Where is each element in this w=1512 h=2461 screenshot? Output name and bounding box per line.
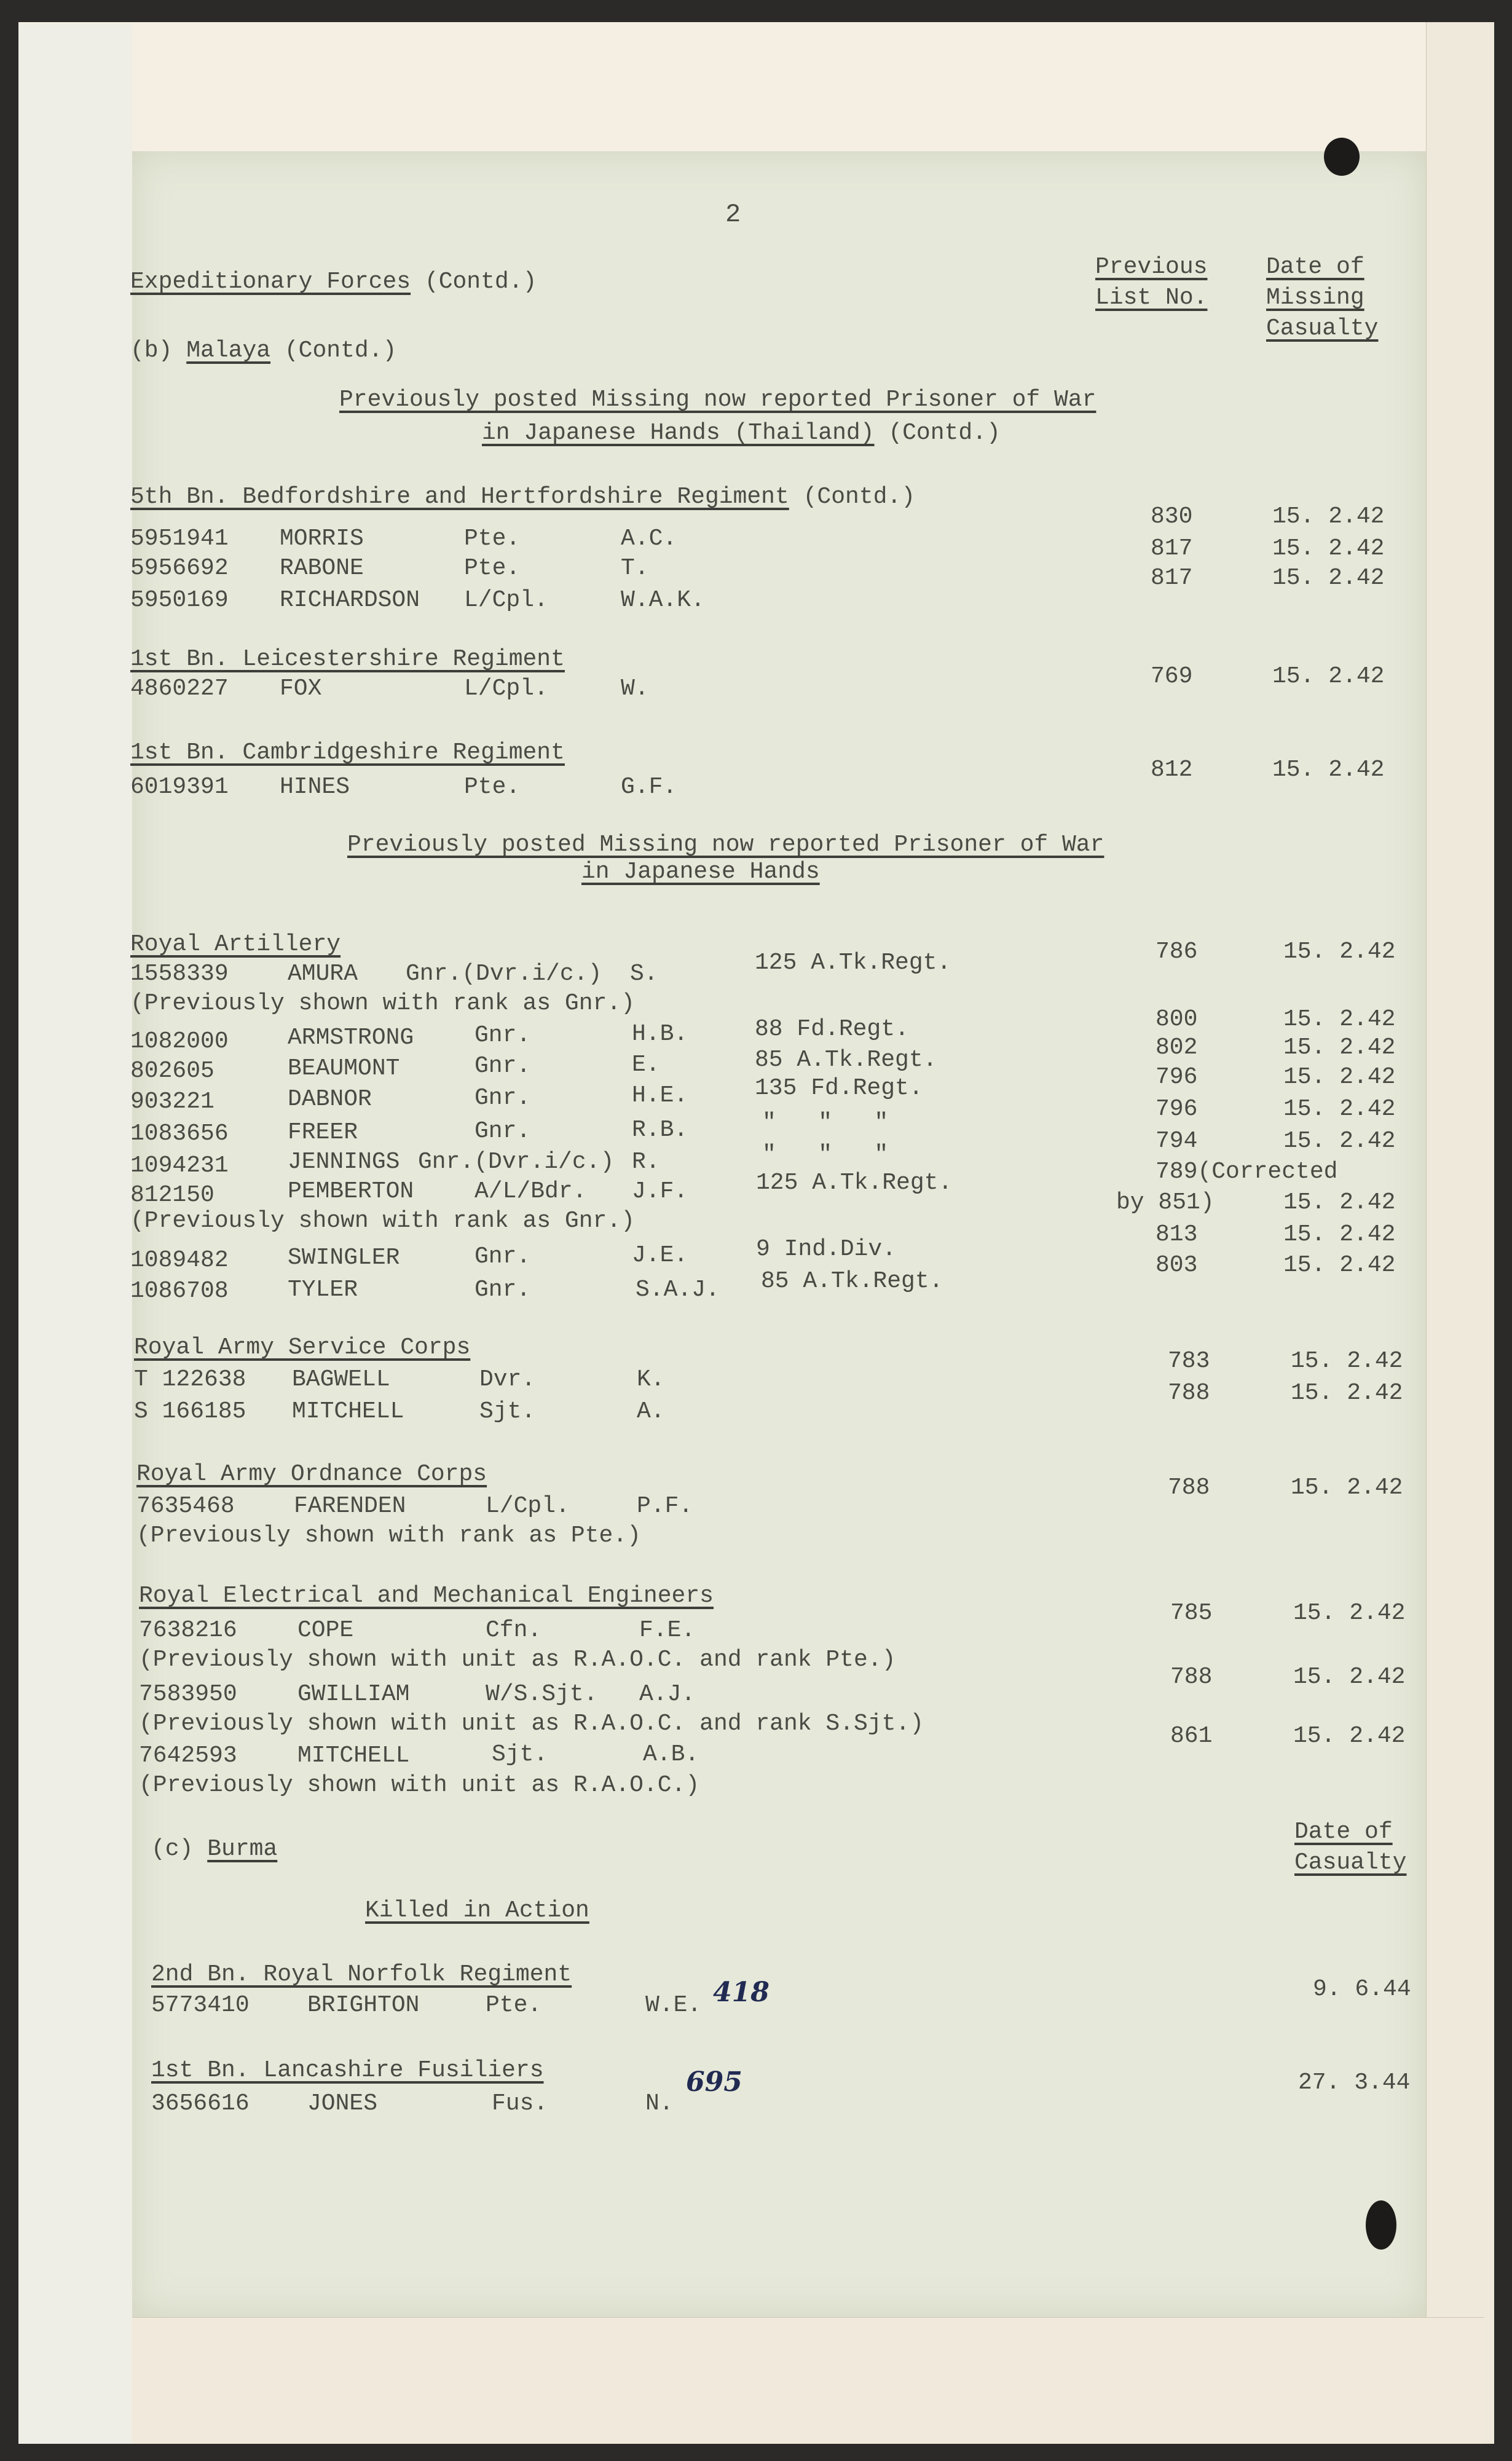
cell-initials: E. — [632, 1053, 660, 1077]
cell-date: 15. 2.42 — [1283, 940, 1395, 964]
note-row: (Previously shown with unit as R.A.O.C. … — [139, 1712, 924, 1736]
cell-initials: J.F. — [632, 1180, 688, 1203]
cell-list: 802 — [1156, 1036, 1197, 1060]
cell-name: RABONE — [280, 557, 364, 580]
cell-no: 5951941 — [130, 527, 229, 551]
cell-subsection_prefix: (b) — [130, 337, 172, 364]
cell-no: 1094231 — [130, 1154, 229, 1178]
cell-list: 813 — [1156, 1223, 1197, 1246]
cell-initials: A. — [637, 1400, 665, 1423]
cell-subsection_suffix: (Contd.) — [285, 337, 396, 364]
cell-list: 786 — [1156, 940, 1197, 964]
cell-initials: S. — [630, 963, 658, 986]
cell-list: 861 — [1170, 1725, 1212, 1748]
cell-no: 903221 — [130, 1090, 215, 1114]
right-paper-strip — [1426, 22, 1494, 2444]
cell-title_line2: in Japanese Hands (Thailand) — [482, 420, 875, 446]
cell-list: 788 — [1168, 1382, 1210, 1405]
cell-date: 15. 2.42 — [1272, 758, 1384, 782]
cell-col_previous_list_2: List No. — [1095, 285, 1207, 311]
cell-name: RICHARDSON — [280, 589, 420, 612]
cell-list: 789(Corrected — [1156, 1160, 1337, 1184]
cell-unit: 85 A.Tk.Regt. — [755, 1049, 937, 1072]
cell-initials: G.F. — [621, 776, 677, 799]
cell-initials: N. — [645, 2092, 674, 2116]
cell-date: 15. 2.42 — [1272, 665, 1384, 688]
cell-name: AMURA — [288, 963, 358, 986]
block-title-japanese-hands-line1: Previously posted Missing now reported P… — [347, 833, 1104, 857]
unit-heading-cambridgeshire: 1st Bn. Cambridgeshire Regiment — [130, 741, 565, 765]
cell-initials: S.A.J. — [636, 1278, 720, 1302]
cell-rank: Pte. — [464, 527, 520, 551]
cell-rank: Pte. — [486, 1994, 541, 2017]
cell-list: 796 — [1156, 1098, 1197, 1121]
cell-name: DABNOR — [288, 1088, 372, 1111]
cell-title_line1: Previously posted Missing now reported P… — [347, 832, 1104, 858]
cell-initials: W.E. — [645, 1994, 701, 2017]
cell-list: 800 — [1156, 1008, 1197, 1031]
cell-no: 5956692 — [130, 557, 229, 580]
punch-hole-bottom — [1366, 2200, 1396, 2250]
cell-no: 812150 — [130, 1184, 215, 1207]
col-header-date-missing: Date ofMissingCasualty — [1266, 252, 1378, 344]
cell-initials: A.B. — [643, 1743, 699, 1766]
cell-rank: Cfn. — [486, 1619, 541, 1642]
cell-no: 3656616 — [151, 2092, 250, 2116]
cell-date: 15. 2.42 — [1283, 1036, 1395, 1060]
cell-title_suffix: (Contd.) — [888, 420, 1000, 446]
cell-name: 1st Bn. Cambridgeshire Regiment — [130, 739, 565, 766]
cell-name: FARENDEN — [294, 1495, 406, 1518]
cell-rank: L/Cpl. — [464, 677, 548, 701]
cell-name: Royal Army Ordnance Corps — [136, 1461, 487, 1487]
unit-heading-rasc: Royal Army Service Corps — [134, 1336, 470, 1360]
cell-rank: Gnr. — [474, 1245, 530, 1269]
cell-rank: Dvr. — [479, 1368, 535, 1392]
cell-list: 796 — [1156, 1066, 1197, 1089]
cell-initials: A.J. — [639, 1683, 695, 1706]
cell-rank: Sjt. — [479, 1400, 535, 1423]
punch-hole-top — [1324, 138, 1360, 176]
cell-name: Royal Army Service Corps — [134, 1334, 470, 1361]
cell-no: 4860227 — [130, 677, 229, 701]
handwritten-annotation: 695 — [686, 2066, 742, 2098]
cell-list: 788 — [1168, 1476, 1210, 1500]
block-title-killed-in-action: Killed in Action — [365, 1899, 589, 1923]
cell-date: 15. 2.42 — [1283, 1130, 1395, 1153]
cell-unit: 9 Ind.Div. — [756, 1238, 896, 1261]
col-header-date-casualty: Date ofCasualty — [1294, 1817, 1406, 1878]
cell-no: 7642593 — [139, 1744, 237, 1768]
cell-col_date_1: Date of — [1266, 254, 1364, 280]
cell-date: 15. 2.42 — [1283, 1191, 1395, 1215]
cell-list: 830 — [1151, 505, 1192, 529]
cell-date: 15. 2.42 — [1272, 505, 1384, 529]
col-header-previous-list: PreviousList No. — [1095, 252, 1207, 313]
cell-initials: J.E. — [632, 1244, 688, 1267]
cell-no: 5773410 — [151, 1994, 250, 2017]
cell-name: BAGWELL — [292, 1368, 390, 1392]
cell-name: SWINGLER — [288, 1246, 400, 1270]
cell-rank: W/S.Sjt. — [486, 1683, 597, 1706]
cell-date: 15. 2.42 — [1283, 1066, 1395, 1089]
cell-rank: Gnr. — [474, 1120, 530, 1143]
cell-no: T 122638 — [134, 1368, 246, 1392]
cell-no: 1082000 — [130, 1030, 229, 1053]
cell-name: PEMBERTON — [288, 1180, 414, 1203]
cell-date: 15. 2.42 — [1283, 1098, 1395, 1121]
cell-rank: Fus. — [492, 2092, 548, 2116]
cell-initials: H.E. — [632, 1084, 688, 1108]
cell-initials: K. — [637, 1368, 665, 1392]
cell-list: 817 — [1151, 537, 1192, 561]
cell-rank: Pte. — [464, 557, 520, 580]
cell-block_title: Killed in Action — [365, 1897, 589, 1924]
cell-no: 7638216 — [139, 1619, 237, 1642]
cell-list: 812 — [1151, 758, 1192, 782]
cell-list: 783 — [1168, 1350, 1210, 1373]
cell-list: 788 — [1170, 1666, 1212, 1689]
cell-date: 9. 6.44 — [1313, 1978, 1411, 2001]
cell-date: 15. 2.42 — [1291, 1382, 1403, 1405]
cell-rank: A/L/Bdr. — [474, 1180, 586, 1203]
cell-subsection: Malaya — [186, 337, 270, 364]
cell-initials: W. — [621, 677, 649, 701]
cell-list: 817 — [1151, 567, 1192, 590]
unit-heading-royal-artillery: Royal Artillery — [130, 933, 341, 956]
cell-unit: 125 A.Tk.Regt. — [756, 1171, 952, 1195]
cell-title_line2: in Japanese Hands — [581, 859, 820, 885]
cell-name: GWILLIAM — [297, 1683, 409, 1706]
cell-name: MITCHELL — [292, 1400, 404, 1423]
note-row: (Previously shown with unit as R.A.O.C. … — [139, 1648, 896, 1672]
cell-name: 1st Bn. Lancashire Fusiliers — [151, 2057, 544, 2084]
cell-date: 15. 2.42 — [1272, 567, 1384, 590]
cell-rank: Pte. — [464, 776, 520, 799]
unit-heading-reme: Royal Electrical and Mechanical Engineer… — [139, 1585, 714, 1608]
cell-list: 803 — [1156, 1254, 1197, 1277]
cell-initials: A.C. — [621, 527, 677, 551]
cell-date: 15. 2.42 — [1283, 1008, 1395, 1031]
cell-col_date_2: Missing — [1266, 285, 1364, 311]
section-heading: Expeditionary Forces (Contd.) — [130, 270, 537, 294]
cell-list: 769 — [1151, 665, 1192, 688]
cell-no: 1089482 — [130, 1249, 229, 1272]
cell-date: 15. 2.42 — [1291, 1350, 1403, 1373]
cell-name: MORRIS — [280, 527, 364, 551]
unit-heading-beds-herts: 5th Bn. Bedfordshire and Hertfordshire R… — [130, 486, 915, 509]
cell-name: Burma — [207, 1836, 277, 1862]
left-paper-strip — [18, 25, 133, 2443]
cell-name: COPE — [297, 1619, 353, 1642]
cell-no: 5950169 — [130, 589, 229, 612]
cell-initials: F.E. — [639, 1619, 695, 1642]
unit-heading-royal-norfolk: 2nd Bn. Royal Norfolk Regiment — [151, 1963, 572, 1987]
block-title-japanese-hands-line2: in Japanese Hands — [581, 860, 820, 884]
cell-no: 1558339 — [130, 963, 229, 986]
cell-initials: T. — [621, 557, 649, 580]
cell-col_date_3: Casualty — [1266, 315, 1378, 342]
cell-initials: H.B. — [632, 1023, 688, 1046]
cell-date: 15. 2.42 — [1293, 1666, 1405, 1689]
block-title-thailand-line1: Previously posted Missing now reported P… — [339, 388, 1096, 412]
cell-unit: " " " — [762, 1111, 888, 1135]
unit-heading-lancashire-fusiliers: 1st Bn. Lancashire Fusiliers — [151, 2059, 544, 2082]
cell-no: 1086708 — [130, 1280, 229, 1303]
cell-rank: L/Cpl. — [464, 589, 548, 612]
bottom-paper-strip — [132, 2317, 1484, 2444]
cell-list2: by 851) — [1116, 1191, 1215, 1215]
cell-rank: L/Cpl. — [486, 1495, 570, 1518]
note-row: (Previously shown with unit as R.A.O.C.) — [139, 1774, 699, 1797]
cell-col_previous_list_1: Previous — [1095, 254, 1207, 280]
cell-section_suffix: (Contd.) — [425, 269, 537, 295]
page-number: 2 — [725, 202, 741, 227]
cell-name: JENNINGS — [288, 1151, 400, 1174]
handwritten-annotation: 418 — [713, 1977, 770, 2008]
cell-no: 1083656 — [130, 1122, 229, 1146]
cell-col_date_2: Casualty — [1294, 1849, 1406, 1876]
cell-initials: R. — [632, 1151, 660, 1174]
cell-no: 7583950 — [139, 1683, 237, 1706]
note-row: (Previously shown with rank as Gnr.) — [130, 1210, 635, 1233]
cell-no: 6019391 — [130, 776, 229, 799]
unit-heading-leicestershire: 1st Bn. Leicestershire Regiment — [130, 648, 565, 671]
block-title-thailand-line2: in Japanese Hands (Thailand) (Contd.) — [482, 422, 1001, 445]
cell-date: 27. 3.44 — [1298, 2071, 1410, 2095]
cell-col_date_1: Date of — [1294, 1819, 1393, 1845]
subsection-heading-burma: (c) Burma — [151, 1838, 277, 1861]
cell-rank: Gnr.(Dvr.i/c.) — [418, 1151, 614, 1174]
cell-date: 15. 2.42 — [1283, 1254, 1395, 1277]
cell-rank: Gnr.(Dvr.i/c.) — [406, 963, 602, 986]
cell-title_line1: Previously posted Missing now reported P… — [339, 387, 1096, 413]
cell-initials: P.F. — [637, 1495, 693, 1518]
cell-prefix: (c) — [151, 1836, 193, 1862]
cell-rank: Gnr. — [474, 1055, 530, 1078]
top-paper-strip — [132, 22, 1484, 152]
cell-unit: 85 A.Tk.Regt. — [761, 1270, 943, 1293]
cell-unit: 135 Fd.Regt. — [755, 1077, 923, 1100]
cell-name: ARMSTRONG — [288, 1026, 414, 1050]
unit-heading-raoc: Royal Army Ordnance Corps — [136, 1463, 487, 1486]
cell-name: 2nd Bn. Royal Norfolk Regiment — [151, 1961, 572, 1988]
note-row: (Previously shown with rank as Gnr.) — [130, 992, 635, 1015]
note-row: (Previously shown with rank as Pte.) — [136, 1524, 641, 1548]
cell-initials: R.B. — [632, 1119, 688, 1142]
cell-no: S 166185 — [134, 1400, 246, 1423]
cell-name: JONES — [307, 2092, 377, 2116]
cell-rank: Gnr. — [474, 1087, 530, 1110]
cell-unit: 88 Fd.Regt. — [755, 1018, 909, 1041]
cell-no: 802605 — [130, 1060, 215, 1083]
cell-name: TYLER — [288, 1278, 358, 1302]
cell-date: 15. 2.42 — [1293, 1602, 1405, 1625]
subsection-heading: (b) Malaya (Contd.) — [130, 339, 396, 363]
cell-unit: 125 A.Tk.Regt. — [755, 951, 951, 975]
cell-name: 5th Bn. Bedfordshire and Hertfordshire R… — [130, 484, 789, 510]
cell-name: BRIGHTON — [307, 1994, 419, 2017]
cell-unit: " " " — [762, 1143, 888, 1167]
cell-name: Royal Artillery — [130, 931, 341, 958]
cell-name: FREER — [288, 1121, 358, 1144]
cell-initials: W.A.K. — [621, 589, 705, 612]
cell-no: 7635468 — [136, 1495, 235, 1518]
cell-date: 15. 2.42 — [1272, 537, 1384, 561]
cell-date: 15. 2.42 — [1293, 1725, 1405, 1748]
cell-list: 785 — [1170, 1602, 1212, 1625]
cell-name: FOX — [280, 677, 321, 701]
cell-rank: Gnr. — [474, 1024, 530, 1047]
cell-date: 15. 2.42 — [1283, 1223, 1395, 1246]
cell-rank: Gnr. — [474, 1278, 530, 1302]
cell-rank: Sjt. — [492, 1743, 548, 1766]
cell-date: 15. 2.42 — [1291, 1476, 1403, 1500]
cell-name: BEAUMONT — [288, 1057, 400, 1081]
cell-name: 1st Bn. Leicestershire Regiment — [130, 646, 565, 672]
cell-list: 794 — [1156, 1130, 1197, 1153]
cell-section: Expeditionary Forces — [130, 269, 411, 295]
cell-name: MITCHELL — [297, 1744, 409, 1768]
cell-suffix: (Contd.) — [803, 484, 915, 510]
cell-name: HINES — [280, 776, 350, 799]
cell-name: Royal Electrical and Mechanical Engineer… — [139, 1583, 714, 1609]
